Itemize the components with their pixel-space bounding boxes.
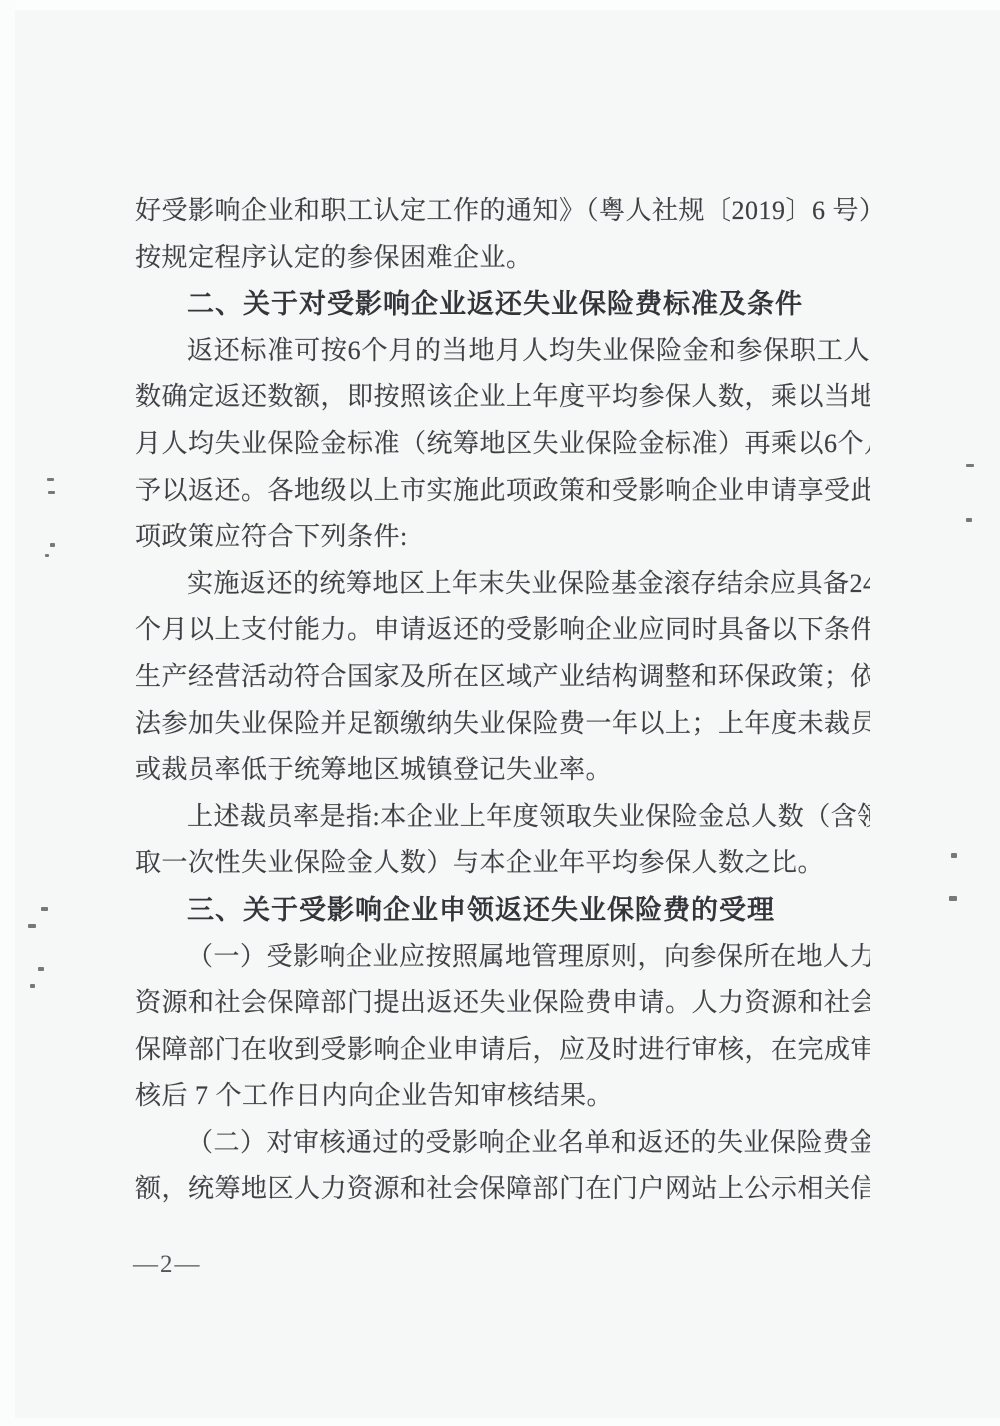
- scan-artifact: [949, 896, 957, 901]
- text-line: 按规定程序认定的参保困难企业。: [135, 235, 870, 282]
- text-line: 返还标准可按6个月的当地月人均失业保险金和参保职工人: [135, 328, 870, 375]
- text-line: 上述裁员率是指:本企业上年度领取失业保险金总人数（含领: [135, 794, 870, 841]
- section-heading: 三、关于受影响企业申领返还失业保险费的受理: [135, 887, 870, 934]
- text-line: 月人均失业保险金标准（统筹地区失业保险金标准）再乘以6个月: [135, 421, 870, 468]
- scan-artifact: [47, 478, 54, 481]
- text-line: （一）受影响企业应按照属地管理原则，向参保所在地人力: [135, 934, 870, 981]
- scan-edge: [0, 1418, 1000, 1426]
- scan-artifact: [45, 554, 49, 557]
- text-line: 好受影响企业和职工认定工作的通知》（粤人社规〔2019〕6 号），: [135, 188, 870, 235]
- scan-artifact: [48, 491, 55, 494]
- text-line: （二）对审核通过的受影响企业名单和返还的失业保险费金: [135, 1120, 870, 1167]
- section-heading: 二、关于对受影响企业返还失业保险费标准及条件: [135, 281, 870, 328]
- scan-artifact: [951, 853, 957, 858]
- text-line: 或裁员率低于统筹地区城镇登记失业率。: [135, 747, 870, 794]
- document-page: 好受影响企业和职工认定工作的通知》（粤人社规〔2019〕6 号）， 按规定程序认…: [0, 0, 1000, 1426]
- text-line: 保障部门在收到受影响企业申请后，应及时进行审核，在完成审: [135, 1027, 870, 1074]
- scan-artifact: [28, 924, 36, 928]
- scan-artifact: [966, 518, 972, 522]
- text-line: 额，统筹地区人力资源和社会保障部门在门户网站上公示相关信: [135, 1166, 870, 1213]
- text-line: 数确定返还数额，即按照该企业上年度平均参保人数，乘以当地: [135, 374, 870, 421]
- text-line: 个月以上支付能力。申请返还的受影响企业应同时具备以下条件：: [135, 607, 870, 654]
- document-body: 好受影响企业和职工认定工作的通知》（粤人社规〔2019〕6 号）， 按规定程序认…: [135, 188, 870, 1213]
- text-line: 实施返还的统筹地区上年末失业保险基金滚存结余应具备24: [135, 561, 870, 608]
- scan-artifact: [30, 984, 35, 988]
- scan-artifact: [38, 967, 44, 971]
- text-line: 生产经营活动符合国家及所在区域产业结构调整和环保政策；依: [135, 654, 870, 701]
- text-line: 法参加失业保险并足额缴纳失业保险费一年以上；上年度未裁员: [135, 701, 870, 748]
- scan-artifact: [41, 907, 48, 911]
- text-line: 项政策应符合下列条件:: [135, 514, 870, 561]
- scan-artifact: [966, 464, 974, 467]
- scan-edge: [0, 0, 15, 1426]
- text-line: 予以返还。各地级以上市实施此项政策和受影响企业申请享受此: [135, 468, 870, 515]
- scan-edge: [0, 0, 1000, 10]
- text-line: 取一次性失业保险金人数）与本企业年平均参保人数之比。: [135, 840, 870, 887]
- scan-artifact: [50, 543, 55, 547]
- text-line: 资源和社会保障部门提出返还失业保险费申请。人力资源和社会: [135, 980, 870, 1027]
- text-line: 核后 7 个工作日内向企业告知审核结果。: [135, 1073, 870, 1120]
- page-number: —2—: [133, 1250, 202, 1280]
